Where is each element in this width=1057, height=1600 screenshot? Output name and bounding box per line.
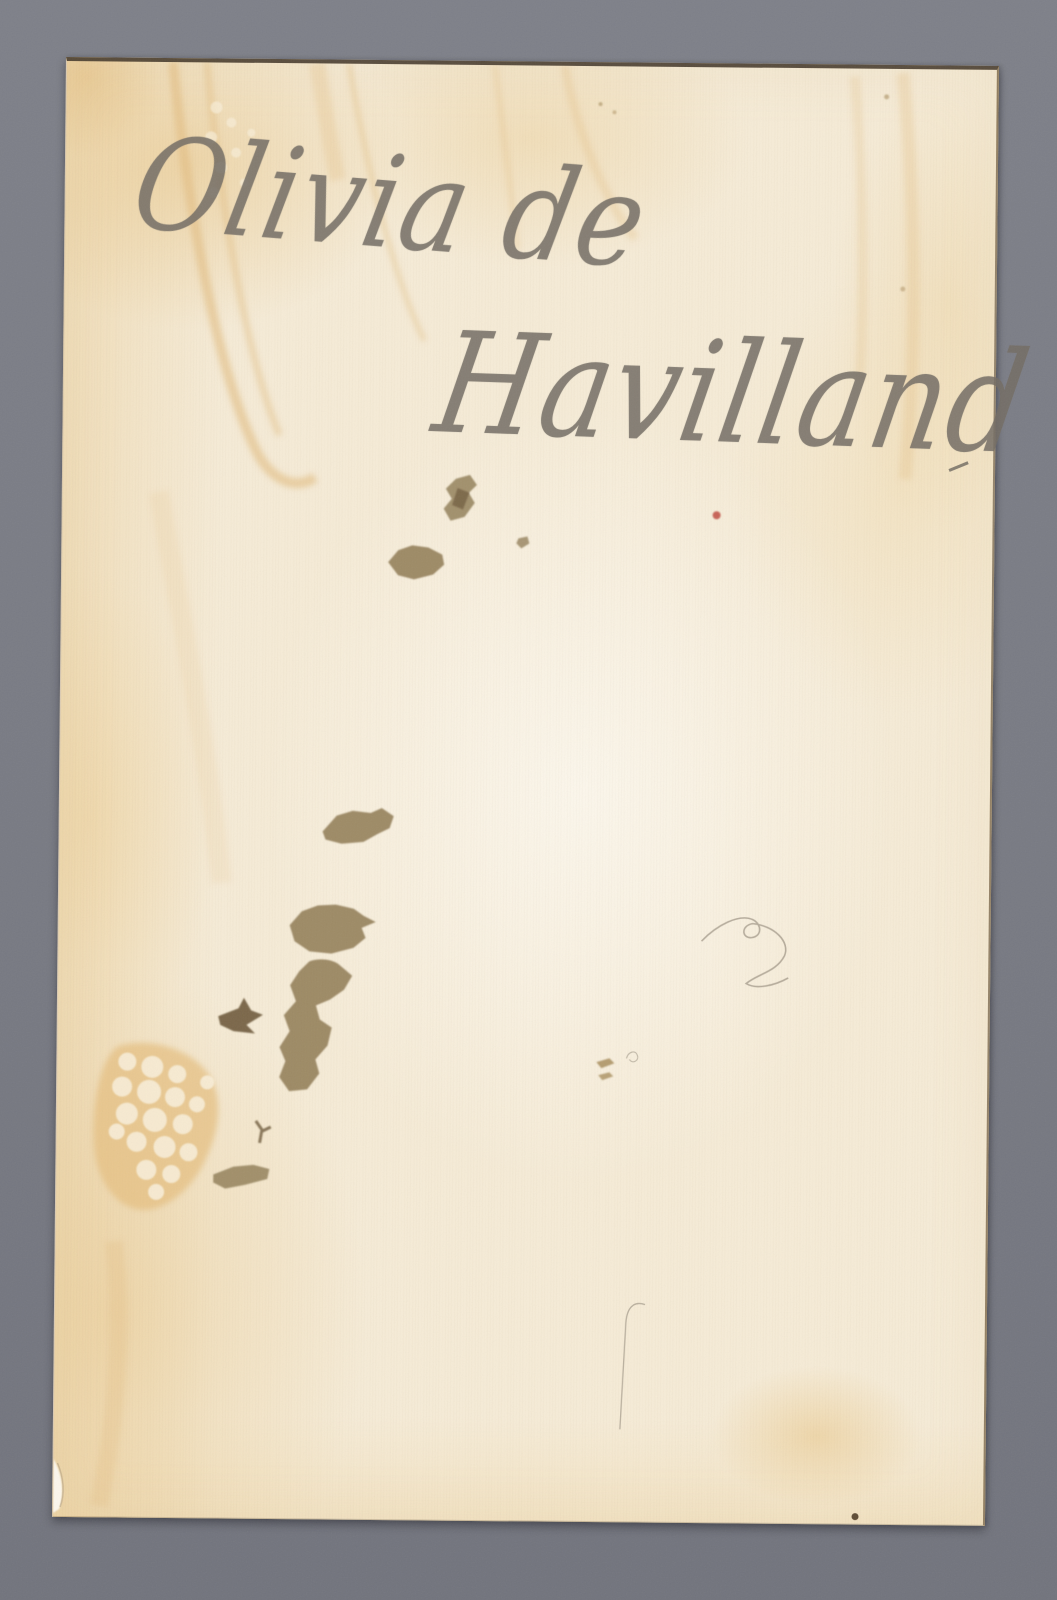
gray-backdrop: Olivia de Havilland [0,0,1057,1600]
pencil-long-stroke-mark [620,1303,645,1429]
handwriting-line-2: Havilland [424,303,1041,486]
dark-speck-dot [851,1513,858,1520]
pencil-squiggle-marks [620,917,789,1431]
photo-back-card: Olivia de Havilland [52,57,999,1526]
red-fleck-dot [713,511,721,519]
adhesive-residue-spots [213,472,530,1191]
corner-crease [53,1459,63,1513]
